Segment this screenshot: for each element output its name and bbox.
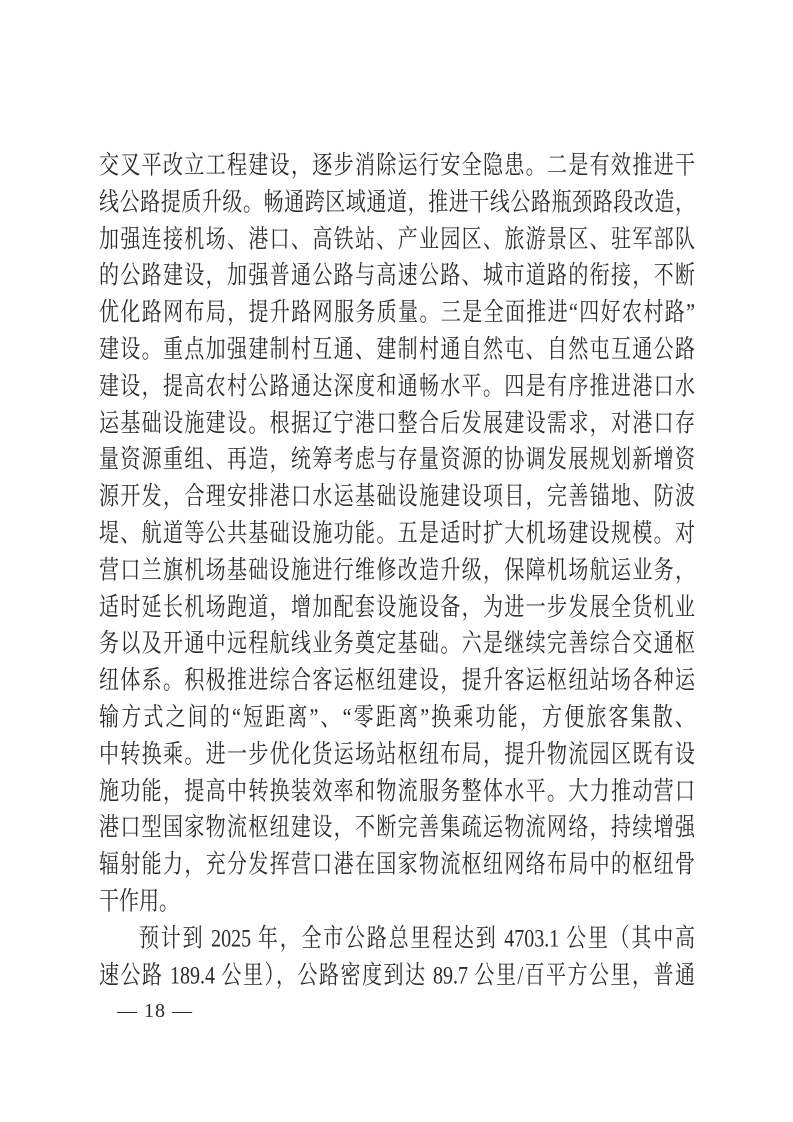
paragraph: 预计到 2025 年，全市公路总里程达到 4703.1 公里（其中高速公路 18… bbox=[99, 921, 695, 995]
document-page: 交叉平改立工程建设，逐步消除运行安全隐患。二是有效推进干线公路提质升级。畅通跨区… bbox=[0, 0, 793, 1122]
paragraph: 交叉平改立工程建设，逐步消除运行安全隐患。二是有效推进干线公路提质升级。畅通跨区… bbox=[99, 148, 695, 921]
page-number: — 18 — bbox=[117, 1000, 193, 1022]
text-line: 速公路 189.4 公里），公路密度到达 89.7 公里/百平方公里，普通 bbox=[99, 952, 695, 999]
page-footer: — 18 — bbox=[117, 999, 193, 1023]
document-body: 交叉平改立工程建设，逐步消除运行安全隐患。二是有效推进干线公路提质升级。畅通跨区… bbox=[99, 148, 695, 994]
